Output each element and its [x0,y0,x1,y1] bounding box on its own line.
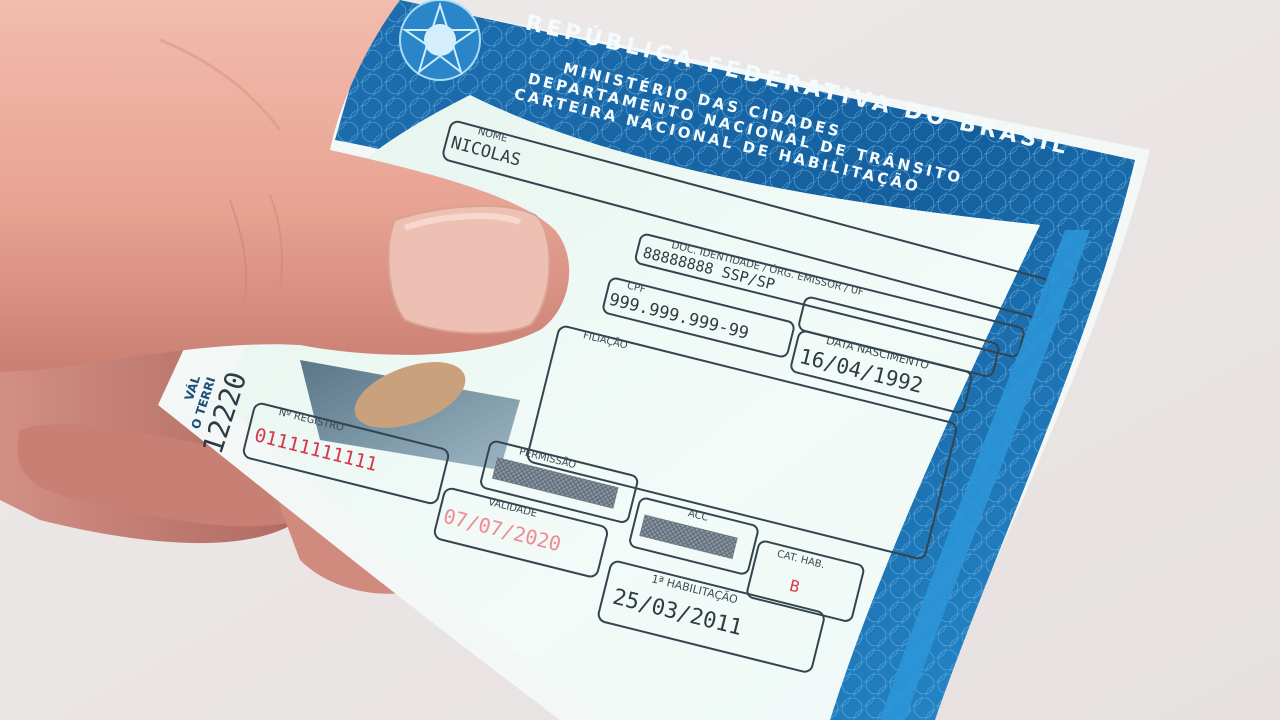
photo-scene: REPÚBLICA FEDERATIVA DO BRASIL MINISTÉRI… [0,0,1280,720]
coat-of-arms-icon [400,0,480,80]
